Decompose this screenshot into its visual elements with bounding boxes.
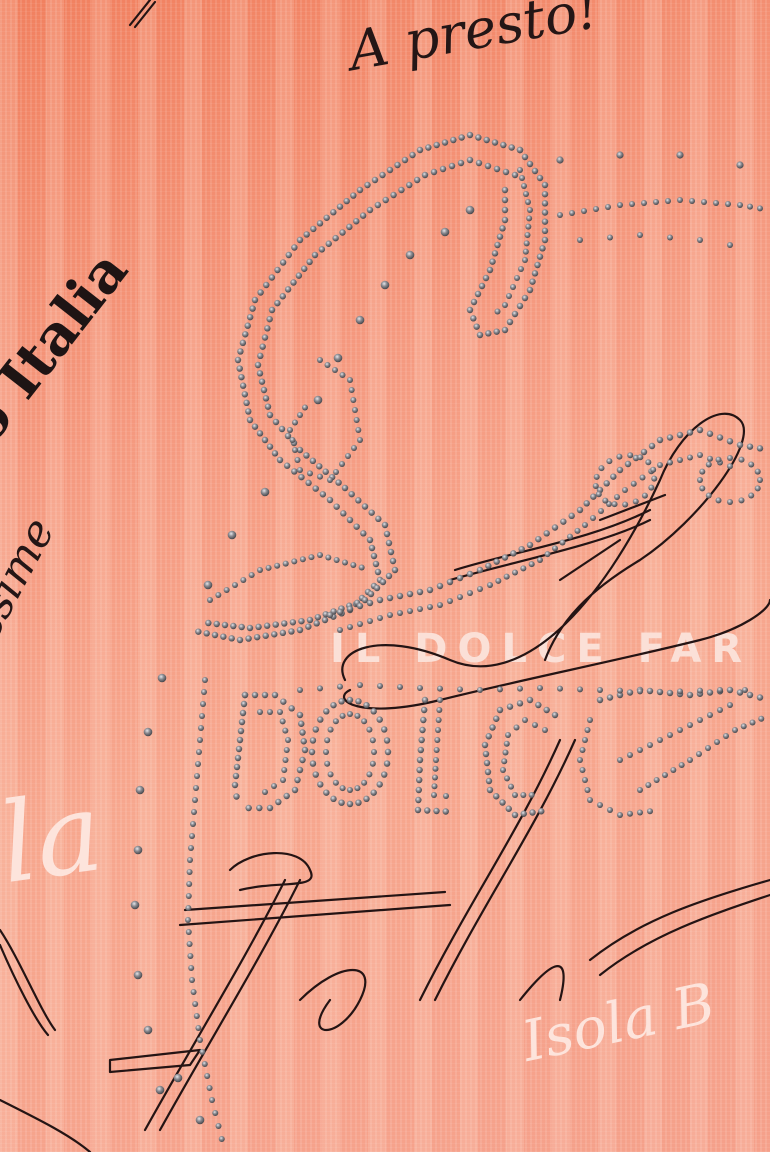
fabric-photo: Ciao Italia A presto! bellissime IL DOLC… xyxy=(0,0,770,1152)
rhinestone-studs xyxy=(0,0,770,1152)
